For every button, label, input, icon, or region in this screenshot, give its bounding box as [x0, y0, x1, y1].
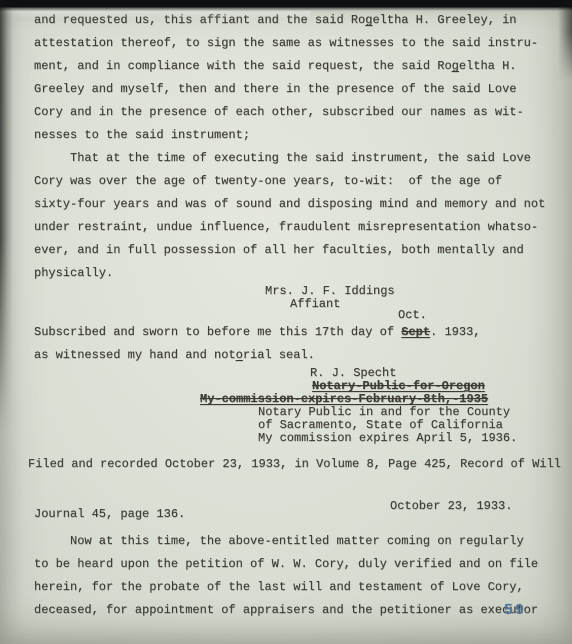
typed-line: to be heard upon the petition of W. W. C… — [34, 553, 572, 576]
text-segment: eltha H. Greeley, in — [372, 13, 516, 27]
filed-line: Filed and recorded October 23, 1933, in … — [28, 453, 572, 476]
typed-line: Now at this time, the above-entitled mat… — [34, 530, 572, 553]
scan-corner-shadow — [558, 0, 572, 80]
typed-line: Cory and in the presence of each other, … — [34, 101, 572, 124]
text-segment: ment, and in compliance with the said re… — [34, 59, 452, 73]
typed-line: ment, and in compliance with the said re… — [34, 55, 572, 78]
typed-line: herein, for the probate of the last will… — [34, 576, 572, 599]
affiant-title: Affiant — [290, 298, 572, 310]
inserted-month-correction: Oct. — [398, 310, 572, 321]
struck-text: Sept — [401, 325, 430, 339]
scan-top-band — [0, 0, 572, 11]
text-segment: as witnessed my hand and not — [34, 348, 236, 362]
typewritten-affidavit: and requested us, this affiant and the s… — [0, 0, 572, 644]
text-segment: eltha H. — [459, 59, 517, 73]
typed-line: attestation thereof, to sign the same as… — [34, 32, 572, 55]
typed-line: ever, and in full possession of all her … — [34, 239, 572, 262]
underlined-text: g — [452, 59, 459, 73]
scan-left-edge — [0, 0, 13, 430]
jurat-line: Subscribed and sworn to before me this 1… — [34, 323, 572, 341]
underlined-text: o — [236, 348, 243, 362]
page-number: 59 — [504, 602, 526, 619]
typed-line: physically. — [34, 262, 572, 285]
jurat-line: as witnessed my hand and notorial seal. — [34, 344, 572, 367]
text-segment: Subscribed and sworn to before me this 1… — [34, 325, 401, 339]
struck-text: My-commission-expires-February-8th,-1935 — [200, 392, 488, 406]
typed-line: nesses to the said instrument; — [34, 124, 572, 147]
notary-capacity-line: My commission expires April 5, 1936. — [258, 432, 572, 445]
entry-date: October 23, 1933. — [390, 495, 512, 518]
typed-line: under restraint, undue influence, fraudu… — [34, 216, 572, 239]
paper-edge-highlight — [0, 11, 310, 18]
document-page: and requested us, this affiant and the s… — [0, 0, 572, 644]
typed-line: That at the time of executing the said i… — [34, 147, 572, 170]
typed-line: Cory was over the age of twenty-one year… — [34, 170, 572, 193]
typed-line: Greeley and myself, then and there in th… — [34, 78, 572, 101]
struck-text: Notary-Public-for-Oregon — [312, 379, 485, 393]
typed-line: deceased, for appointment of appraisers … — [34, 599, 572, 622]
text-segment: rial seal. — [243, 348, 315, 362]
text-segment: . 1933, — [430, 325, 480, 339]
typed-line: sixty-four years and was of sound and di… — [34, 193, 572, 216]
journal-row: Journal 45, page 136. October 23, 1933. — [34, 503, 572, 526]
